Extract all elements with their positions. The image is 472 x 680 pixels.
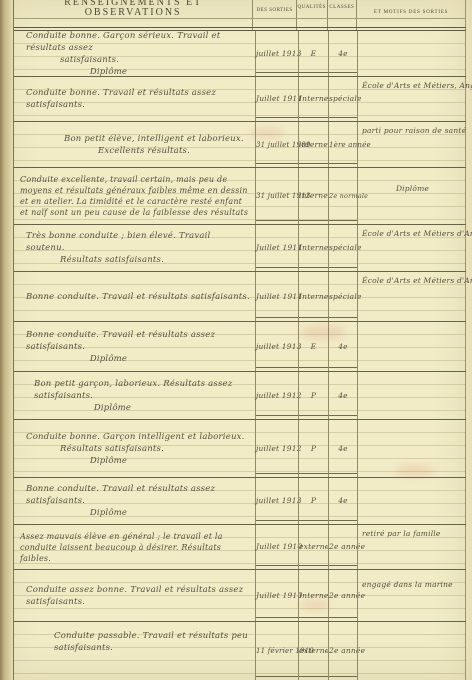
class: 2e normale	[329, 190, 357, 202]
class-cell: 1ère année	[328, 122, 357, 167]
exit-motive: École d'Arts et Métiers d'Angers	[362, 228, 463, 240]
quality: P	[299, 390, 328, 402]
header-rule	[14, 18, 466, 19]
class-cell: spéciale	[328, 272, 357, 321]
exit-date-cell: juillet 1913	[255, 478, 298, 524]
class-cell: 2e année	[328, 570, 357, 621]
exit-motive: retiré par la famille	[362, 528, 463, 540]
quality-cell: Interne	[298, 570, 328, 621]
table-row: Bon petit élève, intelligent et laborieu…	[14, 122, 466, 168]
observations-cell: Assez mauvais élève en général ; le trav…	[14, 525, 255, 569]
class: 1ère année	[329, 139, 357, 151]
exit-motive: École d'Arts et Métiers, Angers	[362, 80, 463, 92]
exit-date: juillet 1913	[256, 341, 298, 353]
motive-cell	[357, 478, 466, 524]
observations-cell: Très bonne conduite ; bien élevé. Travai…	[14, 225, 255, 271]
exit-date: Juillet 1911	[256, 291, 298, 303]
observations-cell: Bonne conduite. Travail et résultats ass…	[14, 322, 255, 371]
table-row: Conduite assez bonne. Travail et résulta…	[14, 570, 466, 622]
observations-cell: Conduite bonne. Garçon sérieux. Travail …	[14, 31, 255, 76]
observation-text: Bonne conduite. Travail et résultats sat…	[26, 291, 251, 303]
observations-cell: Conduite passable. Travail et résultats …	[14, 622, 255, 680]
exit-date: juillet 1913	[256, 48, 298, 60]
observation-text: Très bonne conduite ; bien élevé. Travai…	[26, 230, 251, 254]
class: 4e	[329, 341, 357, 353]
quality-cell: interne	[298, 168, 328, 224]
exit-date: 31 juillet 1913	[256, 190, 298, 202]
exit-date-cell: juillet 1913	[255, 322, 298, 371]
exit-date: Juillet 1910	[256, 541, 298, 553]
quality-cell: externe	[298, 525, 328, 569]
observations-cell: Bonne conduite. Travail et résultats ass…	[14, 478, 255, 524]
class-cell: spéciale	[328, 225, 357, 271]
motive-cell	[357, 31, 466, 76]
exit-motive: École d'Arts et Métiers d'Angers	[362, 275, 463, 287]
exit-date: Juillet 1911	[256, 93, 298, 105]
motive-cell: engagé dans la marine	[357, 570, 466, 621]
observation-text: Bon petit garçon, laborieux. Résultats a…	[34, 378, 251, 402]
class-cell: spéciale	[328, 77, 357, 121]
class: 4e	[329, 495, 357, 507]
exit-date: 11 février 1910	[256, 645, 298, 657]
diploma-note: Diplôme	[26, 66, 251, 78]
observations-cell: Conduite bonne. Garçon intelligent et la…	[14, 420, 255, 477]
observations-cell: Bon petit garçon, laborieux. Résultats a…	[14, 372, 255, 419]
class-cell: 4e	[328, 31, 357, 76]
table-row: Très bonne conduite ; bien élevé. Travai…	[14, 225, 466, 272]
quality-cell: Interne	[298, 77, 328, 121]
quality-cell: Interne	[298, 272, 328, 321]
exit-motive: parti pour raison de santé	[362, 125, 463, 137]
quality-cell: Interne	[298, 225, 328, 271]
exit-date-cell: juillet 1912	[255, 420, 298, 477]
quality: E	[299, 341, 328, 353]
class-cell: 4e	[328, 478, 357, 524]
table-header: Renseignements et Observations des sorti…	[14, 0, 466, 31]
table-row: Bonne conduite. Travail et résultats sat…	[14, 272, 466, 322]
diploma-note: Diplôme	[26, 353, 251, 365]
class: spéciale	[329, 242, 357, 254]
class-cell: 2e année	[328, 622, 357, 680]
observations-cell: Conduite bonne. Travail et résultats ass…	[14, 77, 255, 121]
observation-text: Bonne conduite. Travail et résultats ass…	[26, 329, 251, 353]
motive-cell: École d'Arts et Métiers, Angers	[357, 77, 466, 121]
table-row: Conduite excellente, travail certain, ma…	[14, 168, 466, 225]
observation-text: Conduite assez bonne. Travail et résulta…	[26, 584, 251, 608]
observation-text: satisfaisants.	[26, 54, 251, 66]
class-cell: 4e	[328, 322, 357, 371]
register-page: Renseignements et Observations des sorti…	[0, 0, 472, 680]
exit-date-cell: Juillet 1910	[255, 525, 298, 569]
observation-text: Bon petit élève, intelligent et laborieu…	[64, 133, 251, 145]
quality-cell: externe	[298, 622, 328, 680]
observation-text: Résultats satisfaisants.	[26, 254, 251, 266]
quality: E	[299, 48, 328, 60]
class: 2e année	[329, 590, 357, 602]
table-row: Conduite bonne. Travail et résultats ass…	[14, 77, 466, 122]
quality: P	[299, 495, 328, 507]
quality: Interne	[299, 291, 328, 303]
table-row: Conduite passable. Travail et résultats …	[14, 622, 466, 680]
exit-date-cell: Juillet 1911	[255, 77, 298, 121]
table-row: Bon petit garçon, laborieux. Résultats a…	[14, 372, 466, 420]
table-row: Bonne conduite. Travail et résultats ass…	[14, 478, 466, 525]
quality: interne	[299, 139, 328, 151]
header-heavy-rule	[14, 27, 466, 28]
class: 2e année	[329, 645, 357, 657]
motive-cell: Diplôme	[357, 168, 466, 224]
observation-text: Conduite passable. Travail et résultats …	[54, 630, 251, 654]
class-cell: 2e normale	[328, 168, 357, 224]
quality: externe	[299, 645, 328, 657]
exit-date: juillet 1912	[256, 390, 298, 402]
observation-text: Conduite bonne. Travail et résultats ass…	[26, 87, 251, 111]
observation-text: Excellents résultats.	[64, 145, 251, 157]
observation-text: Conduite bonne. Garçon sérieux. Travail …	[26, 30, 251, 54]
quality: Interne	[299, 242, 328, 254]
observation-text: Assez mauvais élève en général ; le trav…	[20, 531, 251, 564]
quality: Interne	[299, 590, 328, 602]
observations-cell: Bonne conduite. Travail et résultats sat…	[14, 272, 255, 321]
motive-cell	[357, 322, 466, 371]
class: 4e	[329, 390, 357, 402]
quality: externe	[299, 541, 328, 553]
observations-cell: Conduite assez bonne. Travail et résulta…	[14, 570, 255, 621]
exit-date-cell: juillet 1913	[255, 31, 298, 76]
quality-cell: E	[298, 31, 328, 76]
exit-date: juillet 1913	[256, 495, 298, 507]
diploma-note: Diplôme	[26, 507, 251, 519]
exit-date-cell: 31 juillet 1909	[255, 122, 298, 167]
observations-cell: Conduite excellente, travail certain, ma…	[14, 168, 255, 224]
quality-cell: interne	[298, 122, 328, 167]
observations-cell: Bon petit élève, intelligent et laborieu…	[14, 122, 255, 167]
register-sheet: Renseignements et Observations des sorti…	[14, 0, 466, 680]
table-row: Bonne conduite. Travail et résultats ass…	[14, 322, 466, 372]
exit-motive: Diplôme	[362, 171, 463, 195]
exit-date-cell: juillet 1912	[255, 372, 298, 419]
table-row: Conduite bonne. Garçon intelligent et la…	[14, 420, 466, 478]
quality-cell: P	[298, 420, 328, 477]
table-row: Conduite bonne. Garçon sérieux. Travail …	[14, 31, 466, 77]
quality: P	[299, 443, 328, 455]
exit-motive: engagé dans la marine	[362, 573, 463, 591]
diploma-note: Diplôme	[34, 402, 251, 414]
exit-date-cell: Juillet 1910	[255, 570, 298, 621]
motive-cell	[357, 420, 466, 477]
class-cell: 4e	[328, 372, 357, 419]
exit-date: Juillet 1911	[256, 242, 298, 254]
class: 4e	[329, 443, 357, 455]
quality-cell: P	[298, 372, 328, 419]
motive-cell	[357, 622, 466, 680]
class: spéciale	[329, 93, 357, 105]
motive-cell: retiré par la famille	[357, 525, 466, 569]
quality: Interne	[299, 93, 328, 105]
quality-cell: E	[298, 322, 328, 371]
class-cell: 2e année	[328, 525, 357, 569]
exit-date: juillet 1912	[256, 443, 298, 455]
quality-cell: P	[298, 478, 328, 524]
exit-date-cell: 11 février 1910	[255, 622, 298, 680]
motive-cell: École d'Arts et Métiers d'Angers	[357, 225, 466, 271]
class: 2e année	[329, 541, 357, 553]
class: spéciale	[329, 291, 357, 303]
observation-text: Résultats satisfaisants.	[26, 443, 251, 455]
book-binding-edge	[0, 0, 14, 680]
observation-text: Conduite excellente, travail certain, ma…	[20, 174, 251, 218]
motive-cell: École d'Arts et Métiers d'Angers	[357, 272, 466, 321]
quality: interne	[299, 190, 328, 202]
exit-date: 31 juillet 1909	[256, 139, 298, 151]
motive-cell	[357, 372, 466, 419]
exit-date-cell: 31 juillet 1913	[255, 168, 298, 224]
exit-date-cell: Juillet 1911	[255, 272, 298, 321]
class: 4e	[329, 48, 357, 60]
exit-date-cell: Juillet 1911	[255, 225, 298, 271]
observation-text: Conduite bonne. Garçon intelligent et la…	[26, 431, 251, 443]
motive-cell: parti pour raison de santé	[357, 122, 466, 167]
class-cell: 4e	[328, 420, 357, 477]
exit-date: Juillet 1910	[256, 590, 298, 602]
table-row: Assez mauvais élève en général ; le trav…	[14, 525, 466, 570]
diploma-note: Diplôme	[26, 455, 251, 467]
observation-text: Bonne conduite. Travail et résultats ass…	[26, 483, 251, 507]
